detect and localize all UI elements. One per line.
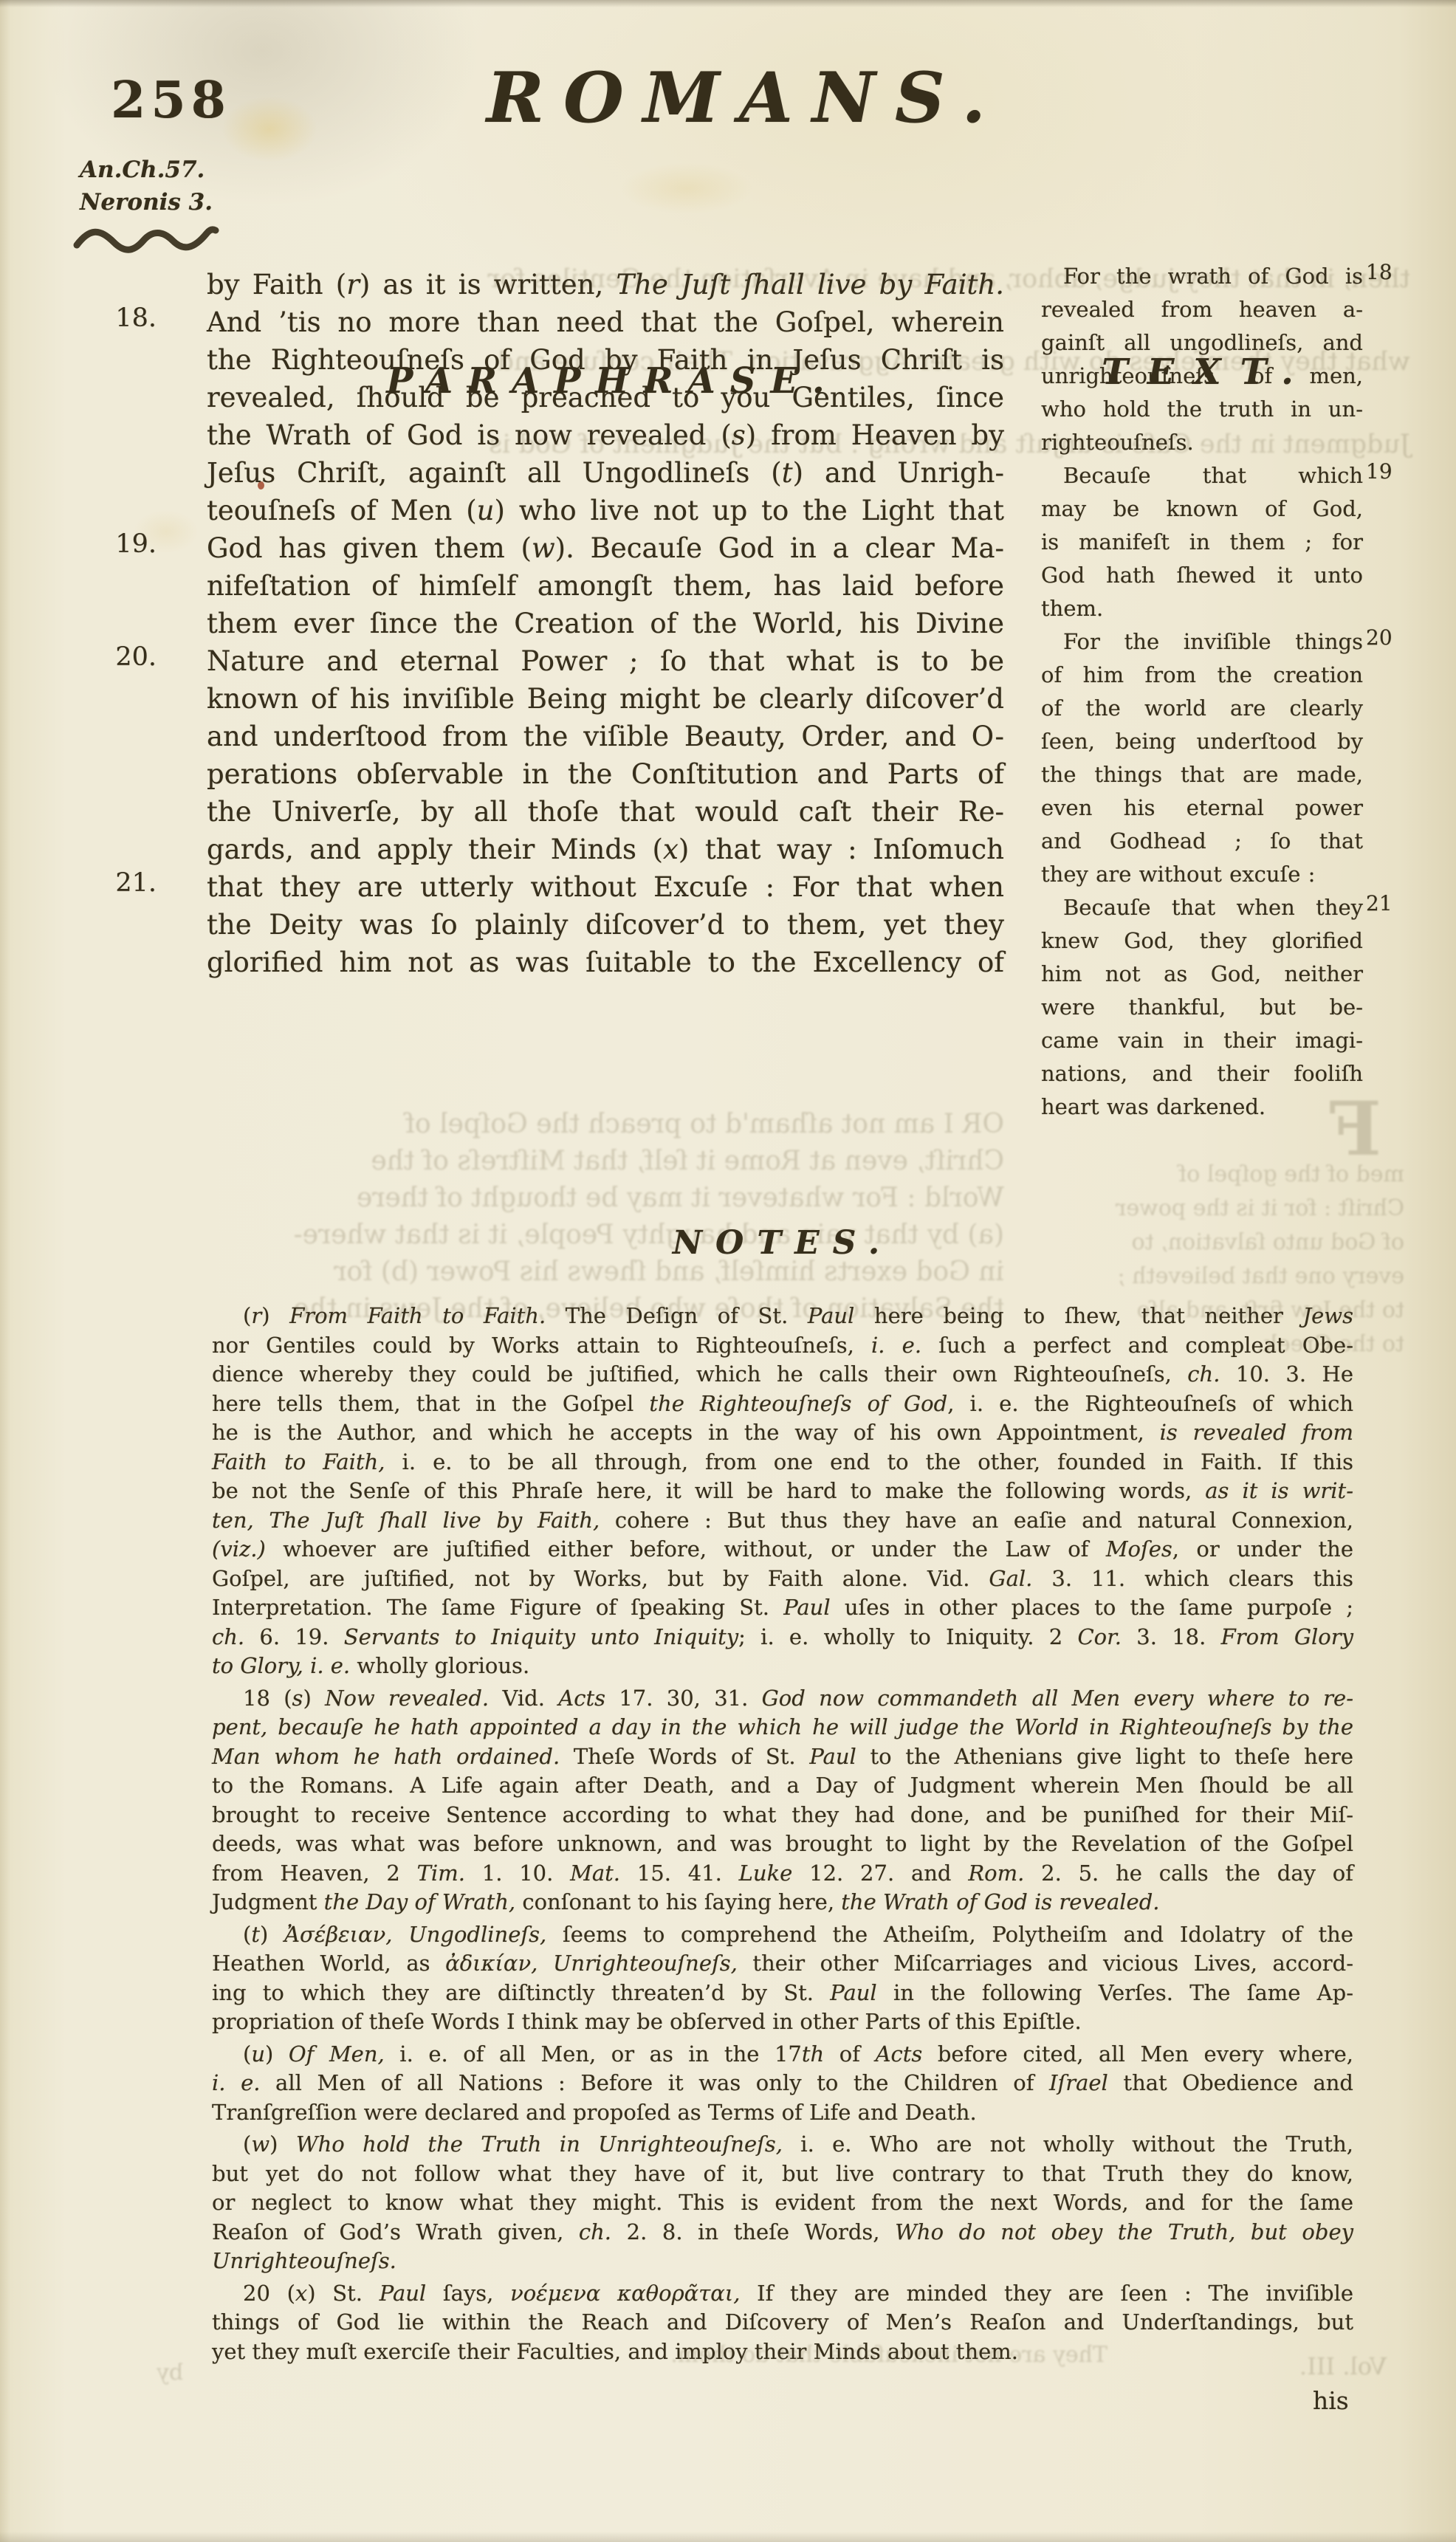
note-line: nor Gentiles could by Works attain to Ri…	[212, 1331, 1353, 1361]
scripture-line: heart was darkened.	[1041, 1090, 1363, 1124]
scripture-line: For the inviſible things	[1041, 625, 1363, 659]
note-line: or neglect to know what they might. This…	[212, 2188, 1353, 2218]
note-line: ing to which they are diſtinctly threate…	[212, 1979, 1353, 2008]
scripture-line: knew God, they glorified	[1041, 924, 1363, 958]
note-line: 20 (x) St. Paul ſays, νοέμενα καθορᾶται,…	[212, 2279, 1353, 2309]
paraphrase-line: the Wrath of God is now revealed (s) fro…	[207, 416, 1004, 454]
paraphrase-line: revealed, ſhould be preached to you Gent…	[207, 379, 1004, 416]
scripture-line: of him from the creation	[1041, 659, 1363, 692]
running-title: ROMANS.	[0, 58, 1456, 139]
scripture-line: them.	[1041, 592, 1363, 625]
scripture-verse-number: 20	[1366, 625, 1393, 650]
note-line: deeds, was what was before unknown, and …	[212, 1830, 1353, 1859]
scripture-line: may be known of God,	[1041, 492, 1363, 526]
scripture-line: For the wrath of God is	[1041, 260, 1363, 293]
notes-body: (r) From Faith to Faith. The Deſign of S…	[212, 1302, 1353, 2369]
note-line: to Glory, i. e. wholly glorious.	[212, 1652, 1353, 1681]
scripture-line: the things that are made,	[1041, 758, 1363, 791]
paraphrase-line: known of his inviſible Being might be cl…	[207, 680, 1004, 718]
notes-heading: NOTES.	[635, 1224, 930, 1262]
note-line: pent, becauſe he hath appointed a day in…	[212, 1713, 1353, 1742]
paraphrase-line: them ever ſince the Creation of the Worl…	[207, 605, 1004, 642]
scripture-line: of the world are clearly	[1041, 692, 1363, 725]
scripture-line: righteouſneſs.	[1041, 426, 1363, 459]
scripture-text-body: For the wrath of God isrevealed from hea…	[1041, 260, 1363, 1124]
paraphrase-line: Nature and eternal Power ; ſo that what …	[207, 642, 1004, 680]
note-line: from Heaven, 2 Tim. 1. 10. Mat. 15. 41. …	[212, 1859, 1353, 1889]
note-line: propriation of theſe Words I think may b…	[212, 2007, 1353, 2037]
paraphrase-verse-number: 18.	[115, 303, 157, 333]
note-paragraph: (w) Who hold the Truth in Unrighteouſneſ…	[212, 2130, 1353, 2276]
note-line: but yet do not follow what they have of …	[212, 2160, 1353, 2189]
paraphrase-line: and underſtood from the viſible Beauty, …	[207, 718, 1004, 755]
paper-stain	[620, 162, 753, 214]
note-paragraph: 18 (s) Now revealed. Vid. Acts 17. 30, 3…	[212, 1684, 1353, 1917]
paraphrase-verse-number: 20.	[115, 642, 157, 672]
note-line: Faith to Faith, i. e. to be all through,…	[212, 1448, 1353, 1477]
bleedthrough-line: World : For whatever it may be thought o…	[222, 1180, 1004, 1217]
paraphrase-line: the Univerſe, by all thoſe that would ca…	[207, 793, 1004, 831]
paraphrase-line: that they are utterly without Excuſe : F…	[207, 868, 1004, 906]
note-line: Interpretation. The ſame Figure of ſpeak…	[212, 1593, 1353, 1623]
note-line: Man whom he hath ordained. Theſe Words o…	[212, 1742, 1353, 1772]
note-line: Tranſgreſſion were declared and propoſed…	[212, 2098, 1353, 2128]
note-line: (r) From Faith to Faith. The Deſign of S…	[212, 1302, 1353, 1331]
bleedthrough-line: every one that believeth ;	[1161, 1260, 1404, 1294]
note-line: 18 (s) Now revealed. Vid. Acts 17. 30, 3…	[212, 1684, 1353, 1714]
paraphrase-line: nifeſtation of himſelf amongſt them, has…	[207, 567, 1004, 605]
scripture-line: nations, and their fooliſh	[1041, 1057, 1363, 1090]
scripture-line: they are without excuſe :	[1041, 858, 1363, 891]
note-line: Judgment the Day of Wrath, conſonant to …	[212, 1888, 1353, 1917]
note-paragraph: (r) From Faith to Faith. The Deſign of S…	[212, 1302, 1353, 1681]
bleedthrough-center-text: OR I am not aſham'd to preach the Goſpel…	[222, 1106, 1004, 1327]
scripture-line: Becauſe that when they	[1041, 891, 1363, 924]
note-line: ten, The Juſt ſhall live by Faith, coher…	[212, 1506, 1353, 1536]
scripture-line: came vain in their imagi-	[1041, 1024, 1363, 1057]
note-line: ch. 6. 19. Servants to Iniquity unto Ini…	[212, 1623, 1353, 1652]
bleedthrough-line: Chriſt : for it is the power	[1161, 1192, 1404, 1226]
note-paragraph: (t) Ἀσέβειαν, Ungodlineſs, ſeems to comp…	[212, 1920, 1353, 2037]
note-line: to the Romans. A Life again after Death,…	[212, 1771, 1353, 1801]
flourish-ornament	[72, 219, 220, 264]
paraphrase-line: Jeſus Chriſt, againſt all Ungodlineſs (t…	[207, 454, 1004, 492]
paraphrase-line: the Righteouſneſs of God by Faith in Jeſ…	[207, 341, 1004, 379]
note-line: (viz.) whoever are juſtified either befo…	[212, 1535, 1353, 1564]
scripture-line: Becauſe that which	[1041, 459, 1363, 492]
note-line: Reaſon of God’s Wrath given, ch. 2. 8. i…	[212, 2218, 1353, 2247]
paraphrase-line: God has given them (w). Becauſe God in a…	[207, 529, 1004, 567]
scripture-line: unrighteouſneſs of men,	[1041, 360, 1363, 393]
scripture-line: even his eternal power	[1041, 791, 1363, 825]
paraphrase-line: by Faith (r) as it is written, The Juſt …	[207, 266, 1004, 303]
note-line: i. e. all Men of all Nations : Before it…	[212, 2069, 1353, 2098]
scripture-line: gainſt all ungodlineſs, and	[1041, 326, 1363, 360]
note-line: here tells them, that in the Goſpel the …	[212, 1389, 1353, 1419]
note-line: Goſpel, are juſtified, not by Works, but…	[212, 1564, 1353, 1594]
note-line: Heathen World, as ἀδικίαν, Unrighteouſne…	[212, 1949, 1353, 1979]
bleedthrough-line: Chriſt, even at Rome it ſelf, that Miſtr…	[222, 1143, 1004, 1180]
paraphrase-line: teouſneſs of Men (u) who live not up to …	[207, 492, 1004, 529]
scanned-book-page: then, in that they judge, abhor, and hav…	[0, 0, 1456, 2542]
paraphrase-line: And ’tis no more than need that the Goſp…	[207, 303, 1004, 341]
scripture-line: and Godhead ; ſo that	[1041, 825, 1363, 858]
scripture-verse-number: 21	[1366, 891, 1393, 916]
scripture-verse-number: 18	[1366, 260, 1393, 284]
margin-annotation-line: An.Ch.57.	[80, 154, 250, 186]
note-paragraph: (u) Of Men, i. e. of all Men, or as in t…	[212, 2040, 1353, 2128]
note-line: (u) Of Men, i. e. of all Men, or as in t…	[212, 2040, 1353, 2069]
margin-annotation: An.Ch.57. Neronis 3.	[80, 154, 250, 219]
paraphrase-verse-number: 21.	[115, 868, 157, 898]
bleedthrough-catchword: by	[157, 2360, 183, 2385]
note-line: dience whereby they could be juſtified, …	[212, 1360, 1353, 1389]
scripture-line: ſeen, being underſtood by	[1041, 725, 1363, 758]
bleedthrough-line: med of the goſpel of	[1161, 1158, 1404, 1192]
margin-annotation-line: Neronis 3.	[80, 186, 250, 219]
scripture-line: were thankful, but be-	[1041, 991, 1363, 1024]
scripture-verse-number: 19	[1366, 459, 1393, 484]
scripture-line: God hath ſhewed it unto	[1041, 559, 1363, 592]
scripture-line: revealed from heaven a-	[1041, 293, 1363, 326]
note-line: brought to receive Sentence according to…	[212, 1801, 1353, 1830]
bleedthrough-line: OR I am not aſham'd to preach the Goſpel…	[222, 1106, 1004, 1143]
paraphrase-line: the Deity was ſo plainly diſcover’d to t…	[207, 906, 1004, 944]
catchword: his	[1313, 2386, 1349, 2415]
note-line: yet they muſt exerciſe their Faculties, …	[212, 2337, 1353, 2367]
note-line: (w) Who hold the Truth in Unrighteouſneſ…	[212, 2130, 1353, 2160]
note-paragraph: 20 (x) St. Paul ſays, νοέμενα καθορᾶται,…	[212, 2279, 1353, 2367]
note-line: Unrighteouſneſs.	[212, 2247, 1353, 2276]
paraphrase-line: glorified him not as was ſuitable to the…	[207, 944, 1004, 981]
note-line: be not the Senſe of this Phraſe here, it…	[212, 1477, 1353, 1506]
paraphrase-body: by Faith (r) as it is written, The Juſt …	[207, 266, 1004, 981]
note-line: (t) Ἀσέβειαν, Ungodlineſs, ſeems to comp…	[212, 1920, 1353, 1950]
scripture-line: is manifeſt in them ; for	[1041, 526, 1363, 559]
paraphrase-verse-number: 19.	[115, 529, 157, 559]
note-line: things of God lie within the Reach and D…	[212, 2308, 1353, 2337]
scripture-line: him not as God, neither	[1041, 958, 1363, 991]
paraphrase-line: perations obſervable in the Conſtitution…	[207, 755, 1004, 793]
bleedthrough-line: of God unto ſalvation, to	[1161, 1226, 1404, 1260]
note-line: he is the Author, and which he accepts i…	[212, 1418, 1353, 1448]
scripture-line: who hold the truth in un-	[1041, 393, 1363, 426]
paraphrase-line: gards, and apply their Minds (x) that wa…	[207, 831, 1004, 868]
